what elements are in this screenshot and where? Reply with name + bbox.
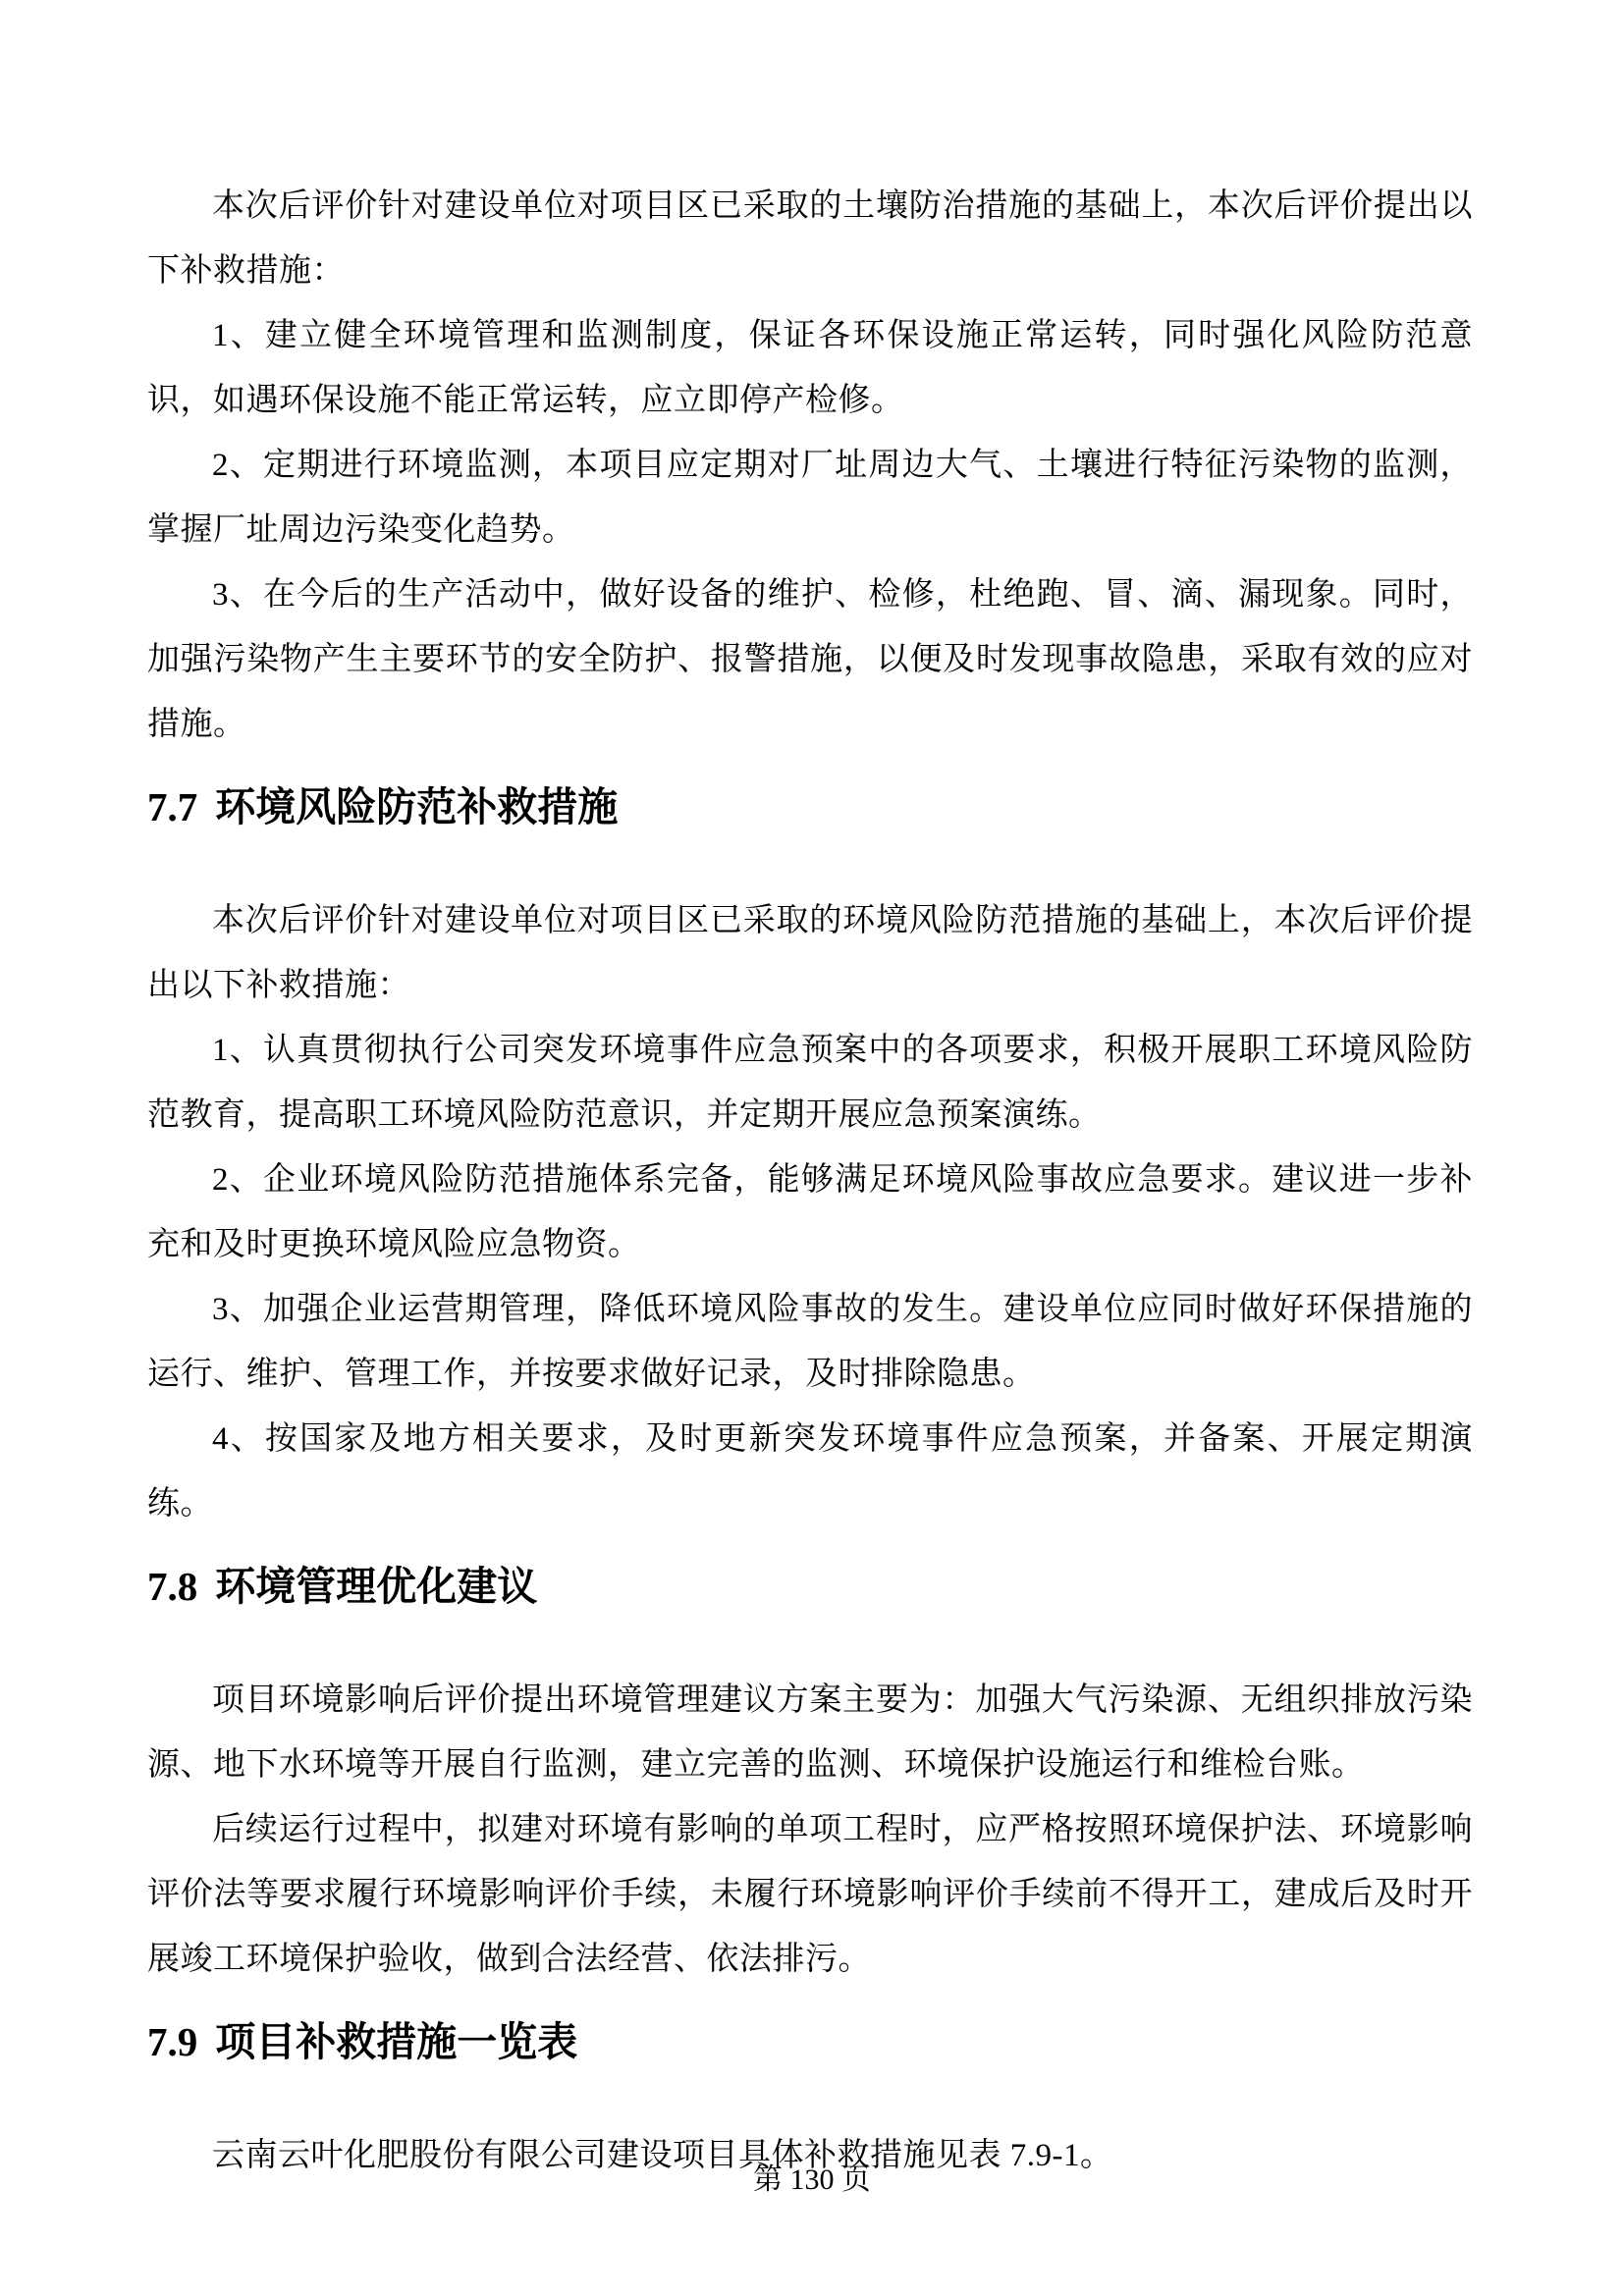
page-footer: 第 130 页 <box>0 2161 1624 2200</box>
intro-list-item-2: 2、定期进行环境监测，本项目应定期对厂址周边大气、土壤进行特征污染物的监测，掌握… <box>147 433 1473 562</box>
section-number-7-9: 7.9 <box>147 2009 197 2074</box>
document-page: 本次后评价针对建设单位对项目区已采取的土壤防治措施的基础上，本次后评价提出以下补… <box>0 0 1624 2296</box>
intro-paragraph: 本次后评价针对建设单位对项目区已采取的土壤防治措施的基础上，本次后评价提出以下补… <box>147 174 1473 303</box>
section-7-8-paragraph-1: 项目环境影响后评价提出环境管理建议方案主要为：加强大气污染源、无组织排放污染源、… <box>147 1668 1473 1797</box>
section-title-7-7: 环境风险防范补救措施 <box>215 784 618 829</box>
section-number-7-8: 7.8 <box>147 1554 197 1619</box>
section-heading-7-8: 7.8环境管理优化建议 <box>147 1554 1473 1619</box>
section-title-7-9: 项目补救措施一览表 <box>215 2019 577 2064</box>
page-number-label: 第 130 页 <box>753 2163 871 2196</box>
section-number-7-7: 7.7 <box>147 774 197 839</box>
intro-list-item-3: 3、在今后的生产活动中，做好设备的维护、检修，杜绝跑、冒、滴、漏现象。同时，加强… <box>147 562 1473 757</box>
section-7-7-list-item-2: 2、企业环境风险防范措施体系完备，能够满足环境风险事故应急要求。建议进一步补充和… <box>147 1148 1473 1277</box>
intro-list-item-1: 1、建立健全环境管理和监测制度，保证各环保设施正常运转，同时强化风险防范意识，如… <box>147 303 1473 433</box>
section-heading-7-9: 7.9项目补救措施一览表 <box>147 2009 1473 2074</box>
section-title-7-8: 环境管理优化建议 <box>215 1564 537 1609</box>
section-heading-7-7: 7.7环境风险防范补救措施 <box>147 774 1473 839</box>
section-7-7-list-item-1: 1、认真贯彻执行公司突发环境事件应急预案中的各项要求，积极开展职工环境风险防范教… <box>147 1018 1473 1148</box>
section-7-7-list-item-4: 4、按国家及地方相关要求，及时更新突发环境事件应急预案，并备案、开展定期演练。 <box>147 1407 1473 1536</box>
section-7-8-paragraph-2: 后续运行过程中，拟建对环境有影响的单项工程时，应严格按照环境保护法、环境影响评价… <box>147 1797 1473 1992</box>
section-7-7-paragraph: 本次后评价针对建设单位对项目区已采取的环境风险防范措施的基础上，本次后评价提出以… <box>147 888 1473 1018</box>
section-7-7-list-item-3: 3、加强企业运营期管理，降低环境风险事故的发生。建设单位应同时做好环保措施的运行… <box>147 1277 1473 1407</box>
